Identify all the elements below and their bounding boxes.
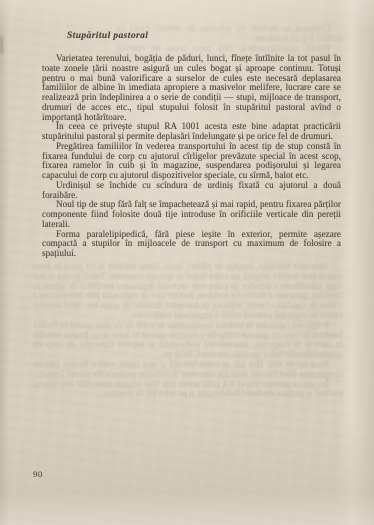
bleed-line: Noul tip de stup fără falț se împachetea… xyxy=(33,360,343,380)
paragraph-4: Urdinișul se închide cu scîndura de urdi… xyxy=(42,181,341,201)
paragraph-1: Varietatea terenului, bogăția de păduri,… xyxy=(42,54,341,122)
page-content: Stupăritul pastoral Varietatea terenului… xyxy=(42,31,341,259)
paragraph-5: Noul tip de stup fără falț se împachetea… xyxy=(42,200,341,229)
paragraph-3: Pregătirea familiilor în vederea transpo… xyxy=(42,142,341,181)
page-number: 90 xyxy=(33,469,43,479)
page-edge-smudge xyxy=(0,36,3,54)
section-title: Stupăritul pastoral xyxy=(67,31,341,41)
paragraph-6: Forma paralelipipedică, fără piese ieșit… xyxy=(42,230,341,259)
paragraph-2: În ceea ce privește stupul RA 1001 acest… xyxy=(42,122,341,142)
bleed-through-text: Varietatea terenului, bogăția de păduri,… xyxy=(33,262,343,462)
bleed-line: În ceea ce privește stupul RA 1001 acest… xyxy=(33,380,343,400)
book-page: Urdinișul se închide cu scîndura de urdi… xyxy=(0,0,374,525)
bleed-line: Varietatea terenului, bogăția de păduri,… xyxy=(33,262,343,321)
bleed-line: Pregătirea familiilor în vederea transpo… xyxy=(33,321,343,360)
